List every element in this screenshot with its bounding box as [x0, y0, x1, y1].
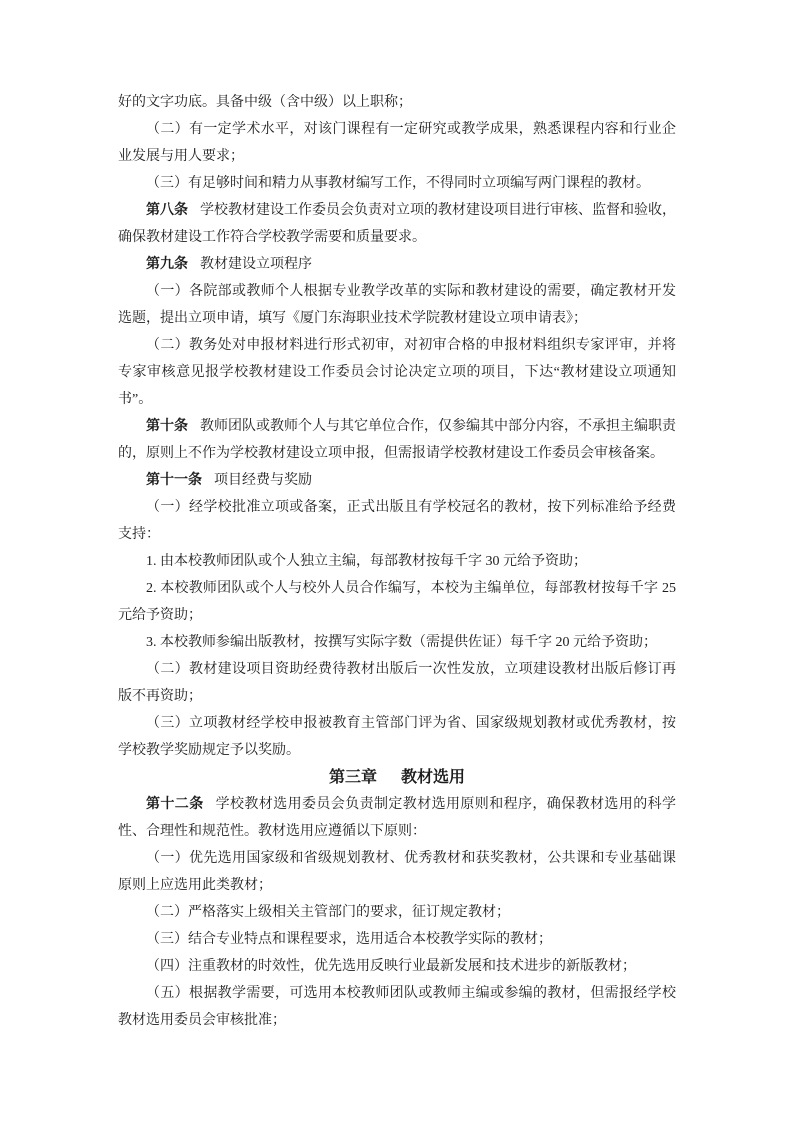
numbered-item-paragraph: 2. 本校教师团队或个人与校外人员合作编写，本校为主编单位，每部教材按每千字 2… — [118, 575, 676, 629]
list-item-paragraph: （一）经学校批准立项或备案，正式出版且有学校冠名的教材，按下列标准给予经费支持： — [118, 494, 676, 548]
paragraph-text: 2. 本校教师团队或个人与校外人员合作编写，本校为主编单位，每部教材按每千字 2… — [118, 581, 676, 623]
chapter-title: 教材选用 — [401, 769, 465, 786]
article-paragraph: 第十条教师团队或教师个人与其它单位合作，仅参编其中部分内容，不承担主编职责的，原… — [118, 413, 676, 467]
paragraph-text: 学校教材建设工作委员会负责对立项的教材建设项目进行审核、监督和验收，确保教材建设… — [118, 203, 676, 245]
list-item-paragraph: （二）有一定学术水平，对该门课程有一定研究或教学成果，熟悉课程内容和行业企业发展… — [118, 116, 676, 170]
paragraph-text: （五）根据教学需要，可选用本校教师团队或教师主编或参编的教材，但需报经学校教材选… — [118, 986, 676, 1028]
article-number: 第九条 — [146, 257, 188, 272]
paragraph-text: （二）有一定学术水平，对该门课程有一定研究或教学成果，熟悉课程内容和行业企业发展… — [118, 122, 676, 164]
list-item-paragraph: （二）严格落实上级相关主管部门的要求，征订规定教材； — [118, 899, 676, 926]
list-item-paragraph: （五）根据教学需要，可选用本校教师团队或教师主编或参编的教材，但需报经学校教材选… — [118, 980, 676, 1034]
list-item-paragraph: （二）教务处对申报材料进行形式初审，对初审合格的申报材料组织专家评审，并将专家审… — [118, 332, 676, 413]
article-number: 第十一条 — [146, 473, 202, 488]
paragraph-text: 教师团队或教师个人与其它单位合作，仅参编其中部分内容，不承担主编职责的，原则上不… — [118, 419, 676, 461]
paragraph-text: （二）教材建设项目资助经费待教材出版后一次性发放，立项建设教材出版后修订再版不再… — [118, 662, 676, 704]
paragraph-text: 1. 由本校教师团队或个人独立主编，每部教材按每千字 30 元给予资助； — [146, 554, 587, 569]
list-item-paragraph: （三）立项教材经学校申报被教育主管部门评为省、国家级规划教材或优秀教材，按学校教… — [118, 710, 676, 764]
list-item-paragraph: （一）优先选用国家级和省级规划教材、优秀教材和获奖教材，公共课和专业基础课原则上… — [118, 845, 676, 899]
document-page: 好的文字功底。具备中级（含中级）以上职称； （二）有一定学术水平，对该门课程有一… — [0, 0, 794, 1123]
article-paragraph: 第十一条项目经费与奖励 — [118, 467, 676, 494]
article-number: 第八条 — [146, 203, 188, 218]
numbered-item-paragraph: 1. 由本校教师团队或个人独立主编，每部教材按每千字 30 元给予资助； — [118, 548, 676, 575]
article-paragraph: 第十二条学校教材选用委员会负责制定教材选用原则和程序，确保教材选用的科学性、合理… — [118, 791, 676, 845]
paragraph-text: （三）有足够时间和精力从事教材编写工作，不得同时立项编写两门课程的教材。 — [146, 176, 650, 191]
list-item-paragraph: （四）注重教材的时效性，优先选用反映行业最新发展和技术进步的新版教材； — [118, 953, 676, 980]
paragraph-text: （四）注重教材的时效性，优先选用反映行业最新发展和技术进步的新版教材； — [146, 959, 636, 974]
paragraph-text: 教材建设立项程序 — [200, 257, 312, 272]
paragraph-text: 3. 本校教师参编出版教材，按撰写实际字数（需提供佐证）每千字 20 元给予资助… — [146, 635, 657, 650]
paragraph-text: 项目经费与奖励 — [214, 473, 312, 488]
paragraph-text: （一）各院部或教师个人根据专业教学改革的实际和教材建设的需要，确定教材开发选题，… — [118, 284, 676, 326]
list-item-paragraph: （二）教材建设项目资助经费待教材出版后一次性发放，立项建设教材出版后修订再版不再… — [118, 656, 676, 710]
numbered-item-paragraph: 3. 本校教师参编出版教材，按撰写实际字数（需提供佐证）每千字 20 元给予资助… — [118, 629, 676, 656]
list-item-paragraph: （一）各院部或教师个人根据专业教学改革的实际和教材建设的需要，确定教材开发选题，… — [118, 278, 676, 332]
article-paragraph: 第八条学校教材建设工作委员会负责对立项的教材建设项目进行审核、监督和验收，确保教… — [118, 197, 676, 251]
paragraph-text: （一）经学校批准立项或备案，正式出版且有学校冠名的教材，按下列标准给予经费支持： — [118, 500, 676, 542]
chapter-number: 第三章 — [329, 769, 377, 786]
paragraph-text: （二）严格落实上级相关主管部门的要求，征订规定教材； — [146, 905, 510, 920]
paragraph-text: （一）优先选用国家级和省级规划教材、优秀教材和获奖教材，公共课和专业基础课原则上… — [118, 851, 676, 893]
article-number: 第十二条 — [146, 797, 204, 812]
chapter-heading: 第三章教材选用 — [118, 764, 676, 791]
article-paragraph: 第九条教材建设立项程序 — [118, 251, 676, 278]
list-item-paragraph: （三）有足够时间和精力从事教材编写工作，不得同时立项编写两门课程的教材。 — [118, 170, 676, 197]
paragraph-text: 好的文字功底。具备中级（含中级）以上职称； — [118, 95, 412, 110]
paragraph-text: （三）结合专业特点和课程要求，选用适合本校教学实际的教材； — [146, 932, 552, 947]
continuation-paragraph: 好的文字功底。具备中级（含中级）以上职称； — [118, 89, 676, 116]
list-item-paragraph: （三）结合专业特点和课程要求，选用适合本校教学实际的教材； — [118, 926, 676, 953]
paragraph-text: （三）立项教材经学校申报被教育主管部门评为省、国家级规划教材或优秀教材，按学校教… — [118, 716, 676, 758]
article-number: 第十条 — [146, 419, 188, 434]
paragraph-text: （二）教务处对申报材料进行形式初审，对初审合格的申报材料组织专家评审，并将专家审… — [118, 338, 676, 407]
